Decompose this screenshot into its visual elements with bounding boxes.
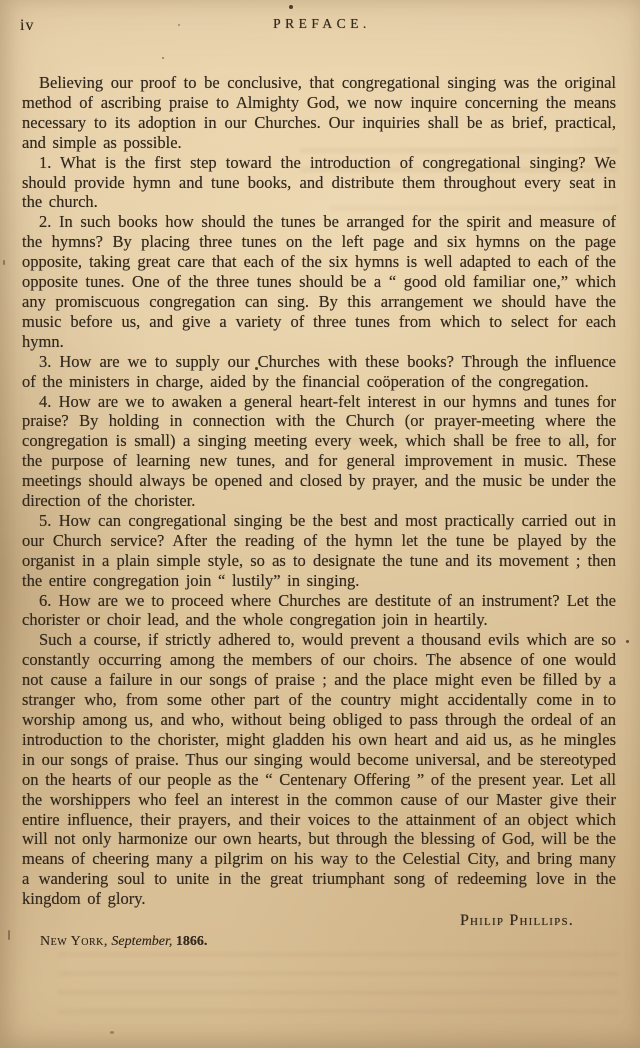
paragraph-question-1: 1. What is the first step toward the int… bbox=[22, 153, 616, 213]
edge-mark bbox=[8, 930, 10, 940]
paragraph-question-6: 6. How are we to proceed where Churches … bbox=[22, 591, 616, 631]
ink-speck bbox=[162, 57, 164, 59]
book-page: iv PREFACE. Believing our proof to be co… bbox=[0, 0, 640, 1048]
edge-mark bbox=[3, 260, 5, 265]
dateline-place: New York, bbox=[40, 934, 108, 949]
preface-text: Believing our proof to be conclusive, th… bbox=[22, 73, 616, 909]
dateline-month: September, bbox=[111, 934, 172, 949]
paragraph-question-4: 4. How are we to awaken a general heart-… bbox=[22, 392, 616, 511]
dateline: New York, September, 1866. bbox=[40, 934, 640, 950]
ink-speck bbox=[626, 640, 629, 643]
paragraph-question-2: 2. In such books how should the tunes be… bbox=[22, 212, 616, 351]
bleed-through-artifact bbox=[58, 952, 618, 1020]
author-signature: Philip Phillips. bbox=[0, 912, 574, 930]
page-number: iv bbox=[20, 17, 34, 35]
paragraph-intro: Believing our proof to be conclusive, th… bbox=[22, 73, 616, 153]
dateline-year: 1866. bbox=[176, 934, 208, 949]
paragraph-question-3: 3. How are we to supply our Churches wit… bbox=[22, 352, 616, 392]
page-header: iv PREFACE. bbox=[0, 0, 640, 50]
paragraph-closing: Such a course, if strictly adhered to, w… bbox=[22, 630, 616, 909]
ink-speck bbox=[110, 1031, 114, 1034]
page-title: PREFACE. bbox=[0, 16, 640, 32]
paragraph-question-5: 5. How can congregational singing be the… bbox=[22, 511, 616, 591]
